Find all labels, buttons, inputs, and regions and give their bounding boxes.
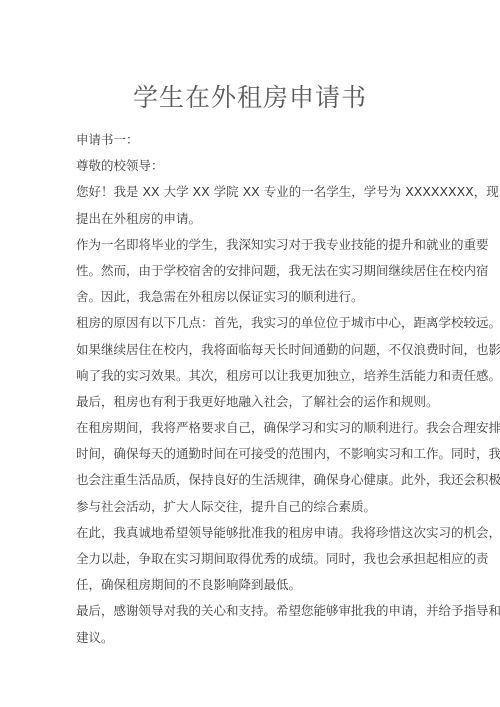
paragraph-line: 参与社会活动，扩大人际交往，提升自己的综合素质。 — [76, 494, 426, 520]
paragraph-line: 提出在外租房的申请。 — [76, 206, 426, 232]
paragraph-line: 建议。 — [76, 625, 426, 651]
paragraph-line: 作为一名即将毕业的学生，我深知实习对于我专业技能的提升和就业的重要 — [76, 232, 426, 258]
paragraph-line: 最后，租房也有利于我更好地融入社会，了解社会的运作和规则。 — [76, 389, 426, 415]
paragraph-line: 性。然而，由于学校宿舍的安排问题，我无法在实习期间继续居住在校内宿 — [76, 258, 426, 284]
paragraph-line: 如果继续居住在校内，我将面临每天长时间通勤的问题，不仅浪费时间，也影 — [76, 337, 426, 363]
paragraph-line: 全力以赴，争取在实习期间取得优秀的成绩。同时，我也会承担起相应的责 — [76, 546, 426, 572]
paragraph-line: 舍。因此，我急需在外租房以保证实习的顺利进行。 — [76, 284, 426, 310]
paragraph-line: 在租房期间，我将严格要求自己，确保学习和实习的顺利进行。我会合理安排 — [76, 415, 426, 441]
paragraph-line: 时间，确保每天的通勤时间在可接受的范围内，不影响实习和工作。同时，我 — [76, 441, 426, 467]
paragraph-line: 最后，感谢领导对我的关心和支持。希望您能够审批我的申请，并给予指导和 — [76, 598, 426, 624]
paragraph-line: 响了我的实习效果。其次，租房可以让我更加独立，培养生活能力和责任感。 — [76, 363, 426, 389]
document-title: 学生在外租房申请书 — [0, 82, 500, 114]
paragraph-line: 也会注重生活品质，保持良好的生活规律，确保身心健康。此外，我还会积极 — [76, 467, 426, 493]
paragraph-line: 在此，我真诚地希望领导能够批准我的租房申请。我将珍惜这次实习的机会， — [76, 520, 426, 546]
paragraph-line: 您好！我是 XX 大学 XX 学院 XX 专业的一名学生，学号为 XXXXXXX… — [76, 179, 426, 205]
paragraph-line: 租房的原因有以下几点：首先，我实习的单位位于城市中心，距离学校较远。 — [76, 310, 426, 336]
document-page: 学生在外租房申请书 申请书一： 尊敬的校领导： 您好！我是 XX 大学 XX 学… — [0, 0, 500, 707]
salutation: 尊敬的校领导： — [76, 153, 426, 179]
paragraph-line: 任，确保租房期间的不良影响降到最低。 — [76, 572, 426, 598]
document-body: 申请书一： 尊敬的校领导： 您好！我是 XX 大学 XX 学院 XX 专业的一名… — [76, 127, 426, 651]
section-heading: 申请书一： — [76, 127, 426, 153]
